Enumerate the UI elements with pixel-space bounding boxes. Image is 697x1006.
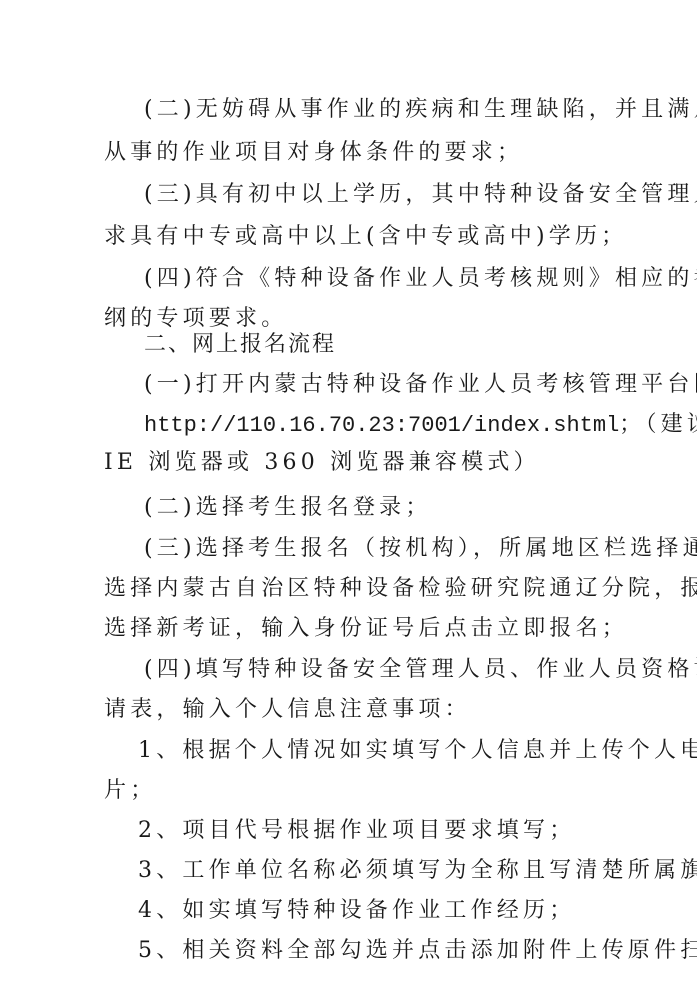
body-text-line: 5、相关资料全部勾选并点击添加附件上传原件扫描件； [138, 936, 697, 966]
body-text-line: (四)符合《特种设备作业人员考核规则》相应的考试大 [144, 264, 697, 294]
body-text-line: (二)选择考生报名登录； [144, 493, 432, 523]
body-text-line: (一)打开内蒙古特种设备作业人员考核管理平台网址 [144, 370, 697, 400]
body-text-line: 请表，输入个人信息注意事项： [104, 695, 471, 725]
body-text-line: 2、项目代号根据作业项目要求填写； [138, 816, 575, 846]
section-heading: 二、网上报名流程 [144, 330, 336, 360]
body-text-line: (四)填写特种设备安全管理人员、作业人员资格认定申 [144, 655, 697, 685]
body-text-line: 求具有中专或高中以上(含中专或高中)学历； [104, 222, 627, 252]
body-text-line: (二)无妨碍从事作业的疾病和生理缺陷，并且满足申请 [144, 95, 697, 125]
platform-url-link[interactable]: http://110.16.70.23:7001/index.shtml [144, 413, 619, 438]
body-text-line: (三)具有初中以上学历，其中特种设备安全管理人员要 [144, 180, 697, 210]
body-text-line: 片； [104, 776, 156, 806]
body-text-line: IE 浏览器或 360 浏览器兼容模式） [104, 448, 540, 478]
body-text-line: 1、根据个人情况如实填写个人信息并上传个人电子照 [138, 736, 697, 766]
body-text-line: 选择新考证，输入身份证号后点击立即报名； [104, 614, 628, 644]
body-text-line: 从事的作业项目对身体条件的要求； [104, 138, 523, 168]
body-text-line: 3、工作单位名称必须填写为全称且写清楚所属旗县； [138, 856, 697, 886]
body-text-line: http://110.16.70.23:7001/index.shtml；（建议… [144, 410, 697, 441]
body-text-line: (三)选择考生报名（按机构），所属地区栏选择通辽市， [144, 534, 697, 564]
url-suffix-text: ；（建议使用 [619, 412, 697, 437]
body-text-line: 选择内蒙古自治区特种设备检验研究院通辽分院，报名类型 [104, 574, 697, 604]
body-text-line: 4、如实填写特种设备作业工作经历； [138, 896, 575, 926]
